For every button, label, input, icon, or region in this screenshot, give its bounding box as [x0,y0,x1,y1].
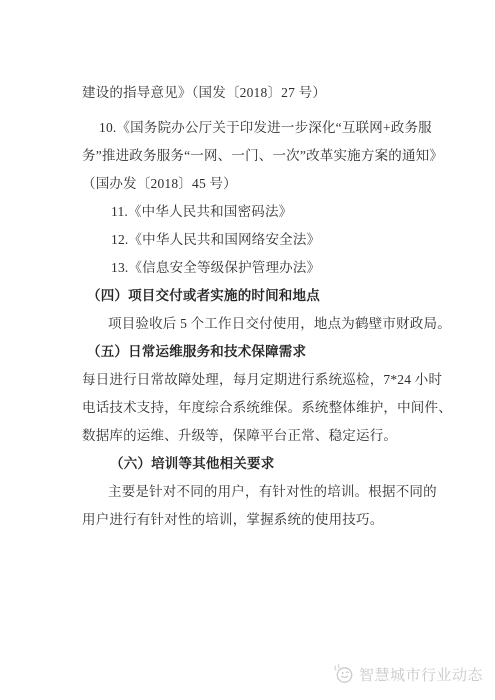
smiley-logo-icon [332,663,354,685]
document-text-line: 数据库的运维、升级等，保障平台正常、稳定运行。 [82,422,438,450]
document-text-line: 主要是针对不同的用户，有针对性的培训。根据不同的 [82,478,438,506]
document-text-line: 项目验收后 5 个工作日交付使用，地点为鹤壁市财政局。 [82,310,438,338]
document-body: 建设的指导意见》（国发〔2018〕27 号）10.《国务院办公厅关于印发进一步深… [82,79,438,534]
document-text-line: 12.《中华人民共和国网络安全法》 [82,226,438,254]
document-text-line: 务”推进政务服务“一网、一门、一次”改革实施方案的通知》 [82,142,438,170]
document-text-line: 11.《中华人民共和国密码法》 [82,198,438,226]
document-text-line: 13.《信息安全等级保护管理办法》 [82,254,438,282]
document-text-line: （国办发〔2018〕45 号） [82,170,438,198]
watermark-label: 智慧城市行业动态 [359,664,483,685]
document-text-line: 电话技术支持，年度综合系统维保。系统整体维护，中间件、 [82,394,438,422]
document-text-line: 每日进行日常故障处理，每月定期进行系统巡检，7*24 小时 [82,366,438,394]
document-heading-line: （五）日常运维服务和技术保障需求 [82,338,438,366]
document-heading-line: （四）项目交付或者实施的时间和地点 [82,282,438,310]
document-page: 建设的指导意见》（国发〔2018〕27 号）10.《国务院办公厅关于印发进一步深… [0,0,495,700]
document-text-line: 用户进行有针对性的培训，掌握系统的使用技巧。 [82,506,438,534]
document-text-line: 建设的指导意见》（国发〔2018〕27 号） [82,79,438,107]
document-heading-line: （六）培训等其他相关要求 [82,450,438,478]
document-text-line: 10.《国务院办公厅关于印发进一步深化“互联网+政务服 [82,114,438,142]
watermark: 智慧城市行业动态 [332,663,483,685]
